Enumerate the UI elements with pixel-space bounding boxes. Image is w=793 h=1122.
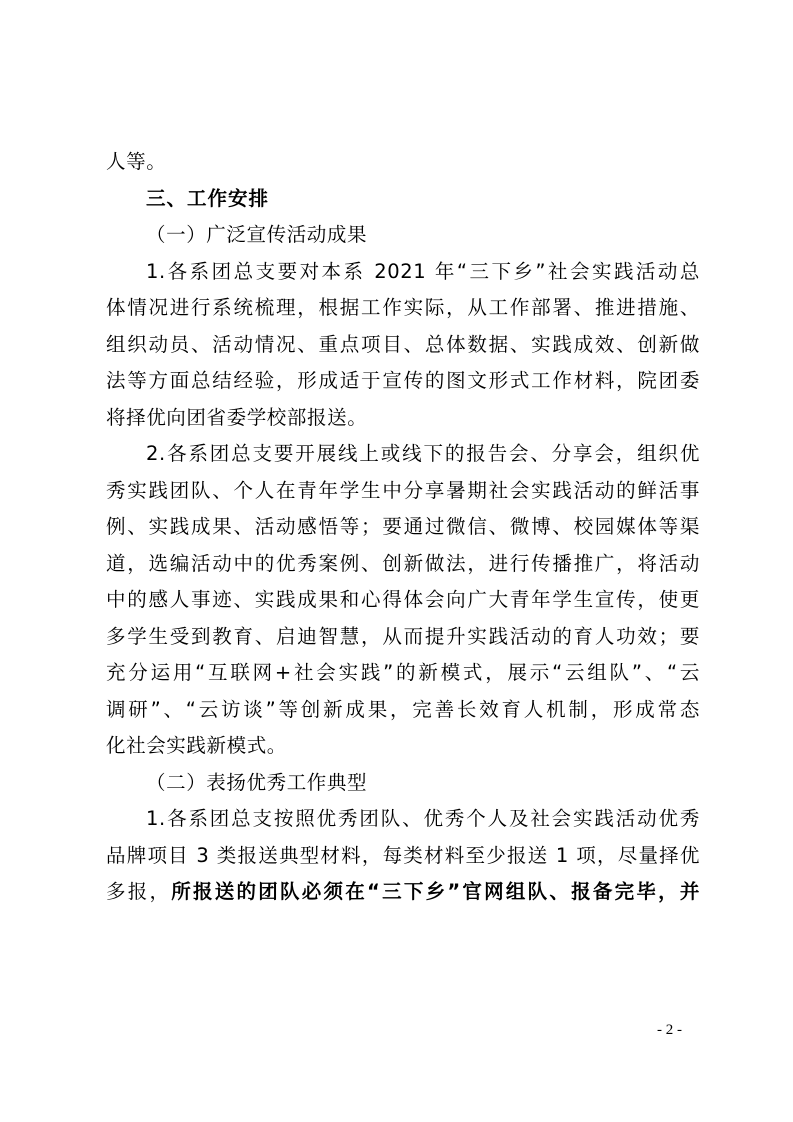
paragraph-line: 1.各系团总支要对本系 2021 年“三下乡”社会实践活动总	[106, 254, 700, 291]
subsection-title-1: （一）广泛宣传活动成果	[106, 217, 700, 254]
paragraph-line: 2.各系团总支要开展线上或线下的报告会、分享会，组织优	[106, 436, 700, 473]
paragraph-line: 化社会实践新模式。	[106, 728, 700, 765]
subsection-title-2: （二）表扬优秀工作典型	[106, 765, 700, 802]
normal-text: 多报，	[106, 880, 171, 903]
paragraph-line: 调研”、“云访谈”等创新成果，完善长效育人机制，形成常态	[106, 692, 700, 729]
continuation-line: 人等。	[106, 144, 700, 181]
page-number: - 2 -	[657, 1022, 682, 1039]
paragraph-line: 多学生受到教育、启迪智慧，从而提升实践活动的育人功效；要	[106, 619, 700, 656]
paragraph-line: 1.各系团总支按照优秀团队、优秀个人及社会实践活动优秀	[106, 801, 700, 838]
section-title: 三、工作安排	[106, 181, 700, 218]
paragraph-line: 充分运用“互联网+社会实践”的新模式，展示“云组队”、“云	[106, 655, 700, 692]
paragraph-line-mixed: 多报，所报送的团队必须在“三下乡”官网组队、报备完毕，并	[106, 874, 700, 911]
paragraph-line: 将择优向团省委学校部报送。	[106, 400, 700, 437]
paragraph-1-2: 2.各系团总支要开展线上或线下的报告会、分享会，组织优 秀实践团队、个人在青年学…	[106, 436, 700, 765]
paragraph-2-1: 1.各系团总支按照优秀团队、优秀个人及社会实践活动优秀 品牌项目 3 类报送典型…	[106, 801, 700, 911]
paragraph-line: 法等方面总结经验，形成适于宣传的图文形式工作材料，院团委	[106, 363, 700, 400]
paragraph-line: 道，选编活动中的优秀案例、创新做法，进行传播推广，将活动	[106, 546, 700, 583]
paragraph-line: 体情况进行系统梳理，根据工作实际，从工作部署、推进措施、	[106, 290, 700, 327]
paragraph-1-1: 1.各系团总支要对本系 2021 年“三下乡”社会实践活动总 体情况进行系统梳理…	[106, 254, 700, 437]
emphasized-text: 所报送的团队必须在“三下乡”官网组队、报备完毕，并	[171, 880, 700, 903]
document-page: 人等。 三、工作安排 （一）广泛宣传活动成果 1.各系团总支要对本系 2021 …	[106, 144, 700, 911]
paragraph-line: 中的感人事迹、实践成果和心得体会向广大青年学生宣传，使更	[106, 582, 700, 619]
paragraph-line: 品牌项目 3 类报送典型材料，每类材料至少报送 1 项，尽量择优	[106, 838, 700, 875]
paragraph-line: 秀实践团队、个人在青年学生中分享暑期社会实践活动的鲜活事	[106, 473, 700, 510]
paragraph-line: 组织动员、活动情况、重点项目、总体数据、实践成效、创新做	[106, 327, 700, 364]
paragraph-line: 例、实践成果、活动感悟等；要通过微信、微博、校园媒体等渠	[106, 509, 700, 546]
